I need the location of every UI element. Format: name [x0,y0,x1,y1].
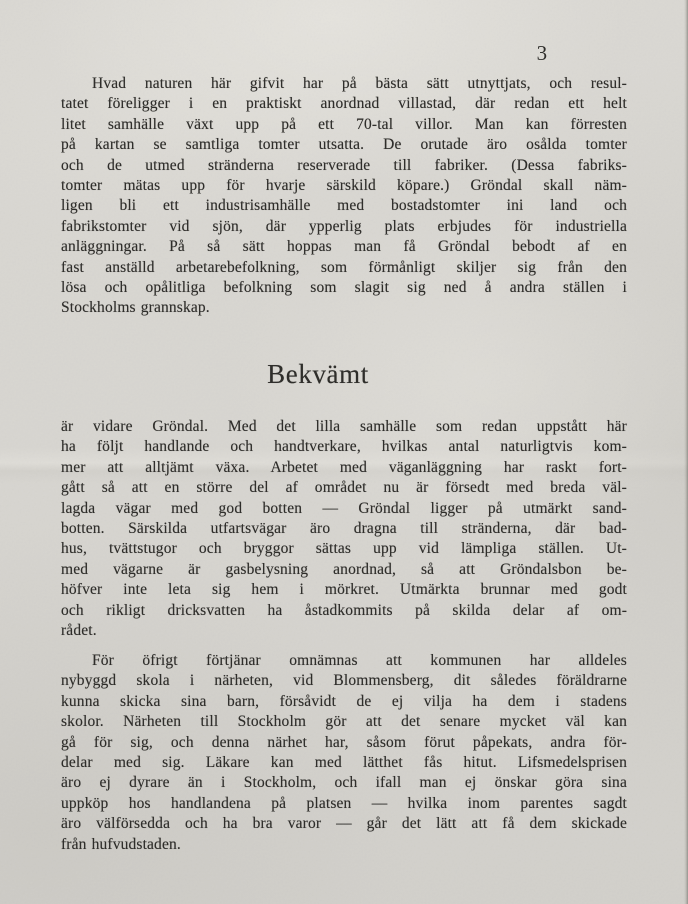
text-line: botten. Särskilda utfartsvägar äro dragn… [61,519,627,539]
text-line: ligen bli ett industrisamhälle med bosta… [61,196,627,216]
text-line: äro ej dyrare än i Stockholm, och ifall … [61,773,627,793]
text-line: ha följt handlande och handtverkare, hvi… [61,437,627,457]
text-line: anläggningar. På så sätt hoppas man få G… [61,237,627,257]
text-line: och de utmed stränderna reserverade till… [61,156,627,176]
text-line: fabrikstomter vid sjön, där ypperlig pla… [61,217,627,237]
text-line: är vidare Gröndal. Med det lilla samhäll… [61,417,627,437]
text-line: delar med sig. Läkare kan med lätthet få… [61,753,627,773]
page-number: 3 [527,41,557,66]
text-line: med vägarne är gasbelysning anordnad, så… [61,560,627,580]
text-line: lösa och opålitliga befolkning som slagi… [61,278,627,298]
paragraph-opening: Hvad naturen här gifvit har på bästa sät… [61,74,627,319]
paragraph-bekvamt-2: För öfrigt förtjänar omnämnas att kommun… [61,651,627,855]
text-line: litet samhälle växt upp på ett 70-tal vi… [61,115,627,135]
paragraph-bekvamt-1: är vidare Gröndal. Med det lilla samhäll… [61,417,627,641]
text-line: på kartan se samtliga tomter utsatta. De… [61,135,627,155]
text-line: och rikligt dricksvatten ha åstadkommits… [61,601,627,621]
text-line: Stockholms grannskap. [61,298,627,318]
text-line: uppköp hos handlandena på platsen — hvil… [61,794,627,814]
text-line: fast anställd arbetarebefolkning, som fö… [61,258,627,278]
scanned-book-page: 3 Hvad naturen här gifvit har på bästa s… [0,0,688,904]
text-line: skolor. Närheten till Stockholm gör att … [61,712,627,732]
text-line: lagda vägar med god botten — Gröndal lig… [61,499,627,519]
text-line: hus, tvättstugor och bryggor sättas upp … [61,539,627,559]
text-line: För öfrigt förtjänar omnämnas att kommun… [61,651,627,671]
text-line: från hufvudstaden. [61,835,627,855]
text-line: kunna skicka sina barn, försåvidt de ej … [61,692,627,712]
text-line: rådet. [61,621,627,641]
text-line: äro välförsedda och ha bra varor — går d… [61,814,627,834]
section-heading: Bekvämt [35,358,601,390]
text-line: tatet föreligger i en praktiskt anordnad… [61,94,627,114]
text-line: Hvad naturen här gifvit har på bästa sät… [61,74,627,94]
text-line: höfver inte leta sig hem i mörkret. Utmä… [61,580,627,600]
text-line: nybyggd skola i närheten, vid Blommensbe… [61,671,627,691]
text-line: tomter mätas upp för hvarje särskild köp… [61,176,627,196]
text-line: mer att alltjämt växa. Arbetet med vägan… [61,458,627,478]
text-line: gått så att en större del af området nu … [61,478,627,498]
text-line: gå för sig, och denna närhet har, såsom … [61,733,627,753]
